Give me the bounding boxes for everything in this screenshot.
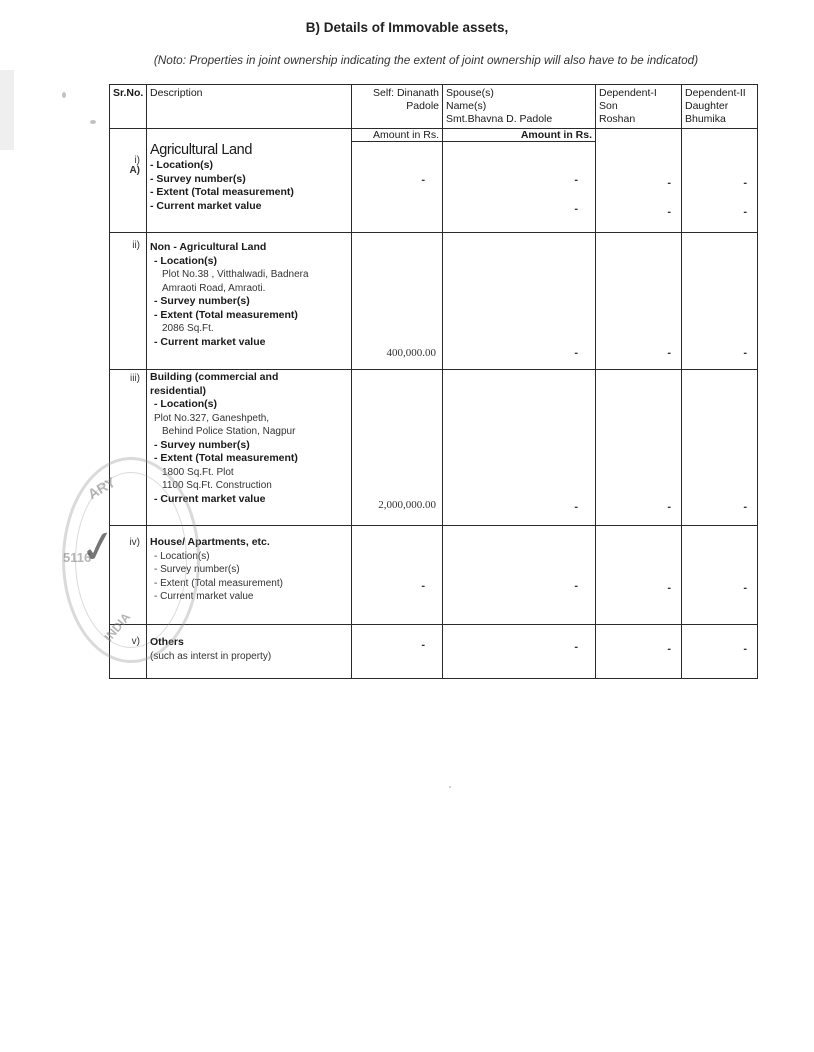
row-dependent-1-value: - xyxy=(596,370,682,526)
desc-line: - Extent (Total measurement) xyxy=(150,186,348,200)
value-dash: - xyxy=(667,643,671,655)
value-dash: - xyxy=(574,174,578,186)
row-self-value: - xyxy=(352,142,443,233)
row-dependent-1-value: - xyxy=(596,526,682,625)
desc-line: - Survey number(s) xyxy=(150,173,348,187)
row-description: House/ Apartments, etc. - Location(s) - … xyxy=(147,526,352,625)
desc-line: - Location(s) xyxy=(150,550,348,564)
value-dash: - xyxy=(421,174,425,186)
value-dash: - xyxy=(743,501,747,513)
row-spouse-value: - xyxy=(443,233,596,370)
header-dependent-1-line: Son xyxy=(599,100,678,113)
value-dash: - xyxy=(743,347,747,359)
scan-speck xyxy=(90,120,96,124)
header-self: Self: Dinanath Padole xyxy=(352,85,443,129)
desc-line: - Location(s) xyxy=(150,398,348,412)
value-amount: 2,000,000.00 xyxy=(378,499,436,511)
row-sr-label: i) xyxy=(113,143,140,166)
row-self-value: 400,000.00 xyxy=(352,233,443,370)
value-dash: - xyxy=(743,206,747,218)
row-description: Non - Agricultural Land - Location(s) Pl… xyxy=(147,233,352,370)
desc-line: - Location(s) xyxy=(150,159,348,173)
desc-line: - Current market value xyxy=(150,336,348,350)
header-spouse-line: Name(s) xyxy=(446,100,592,113)
header-dependent-1-line: Dependent-I xyxy=(599,87,678,100)
row-sr: iii) xyxy=(110,370,147,526)
value-dash: - xyxy=(667,206,671,218)
row-dependent-2-value: - - xyxy=(682,129,758,233)
row-self-value: 2,000,000.00 xyxy=(352,370,443,526)
desc-line: - Survey number(s) xyxy=(150,295,348,309)
header-self-line: Padole xyxy=(355,100,439,113)
value-dash: - xyxy=(667,177,671,189)
table-header-row: Sr.No. Description Self: Dinanath Padole… xyxy=(110,85,758,129)
row-dependent-1-value: - xyxy=(596,233,682,370)
table-row: i) A) Agricultural Land - Location(s) - … xyxy=(110,129,758,142)
value-dash: - xyxy=(574,347,578,359)
value-dash: - xyxy=(743,643,747,655)
desc-line: Behind Police Station, Nagpur xyxy=(150,425,348,439)
page-title: B) Details of Immovable assets, xyxy=(0,20,814,35)
row-heading: Building (commercial and residential) xyxy=(150,371,300,398)
row-heading: Non - Agricultural Land xyxy=(150,241,348,255)
value-dash: - xyxy=(421,580,425,592)
desc-line: - Survey number(s) xyxy=(150,439,348,453)
value-dash: - xyxy=(574,501,578,513)
value-dash: - xyxy=(667,501,671,513)
row-spouse-value: - xyxy=(443,370,596,526)
page-note: (Noto: Properties in joint ownership ind… xyxy=(0,53,814,67)
desc-line: - Extent (Total measurement) xyxy=(150,309,348,323)
header-dependent-1: Dependent-I Son Roshan xyxy=(596,85,682,129)
row-heading: House/ Apartments, etc. xyxy=(150,536,348,550)
row-description: Others (such as interst in property) xyxy=(147,625,352,679)
row-dependent-1-value: - xyxy=(596,625,682,679)
value-dash: - xyxy=(743,177,747,189)
header-description: Description xyxy=(147,85,352,129)
row-heading: Others xyxy=(150,636,348,650)
row-dependent-2-value: - xyxy=(682,625,758,679)
desc-line: Amraoti Road, Amraoti. xyxy=(150,282,348,296)
header-spouse-line: Spouse(s) xyxy=(446,87,592,100)
desc-line: 2086 Sq.Ft. xyxy=(150,322,348,336)
row-sub-sr-label: A) xyxy=(113,165,140,176)
table-row: iv) House/ Apartments, etc. - Location(s… xyxy=(110,526,758,625)
header-dependent-2-line: Bhumika xyxy=(685,113,754,126)
header-sr-no: Sr.No. xyxy=(110,85,147,129)
desc-line: Plot No.38 , Vitthalwadi, Badnera xyxy=(150,268,348,282)
table-row: v) Others (such as interst in property) … xyxy=(110,625,758,679)
desc-line: - Current market value xyxy=(150,200,348,220)
row-spouse-value: - xyxy=(443,625,596,679)
table-row: ii) Non - Agricultural Land - Location(s… xyxy=(110,233,758,370)
desc-line: (such as interst in property) xyxy=(150,650,348,664)
row-heading: Agricultural Land xyxy=(150,142,348,159)
header-self-line: Self: Dinanath xyxy=(355,87,439,100)
scan-smudge xyxy=(0,70,14,150)
row-description: Agricultural Land - Location(s) - Survey… xyxy=(147,129,352,233)
header-dependent-2-line: Daughter xyxy=(685,100,754,113)
header-dependent-2-line: Dependent-II xyxy=(685,87,754,100)
value-dash: - xyxy=(667,582,671,594)
row-self-value: - xyxy=(352,625,443,679)
value-dash: - xyxy=(667,347,671,359)
row-dependent-2-value: - xyxy=(682,526,758,625)
amount-label-spouse: Amount in Rs. xyxy=(443,129,596,142)
row-description: Building (commercial and residential) - … xyxy=(147,370,352,526)
header-spouse: Spouse(s) Name(s) Smt.Bhavna D. Padole xyxy=(443,85,596,129)
value-amount: 400,000.00 xyxy=(387,347,437,359)
value-dash: - xyxy=(743,582,747,594)
desc-line: - Survey number(s) xyxy=(150,563,348,577)
desc-line: - Current market value xyxy=(150,590,348,604)
scan-speck xyxy=(449,786,451,788)
desc-line: - Location(s) xyxy=(150,255,348,269)
desc-line: - Current market value xyxy=(150,493,348,507)
row-dependent-2-value: - xyxy=(682,370,758,526)
desc-line: 1800 Sq.Ft. Plot xyxy=(150,466,348,480)
desc-line: - Extent (Total measurement) xyxy=(150,452,348,466)
table-row: iii) Building (commercial and residentia… xyxy=(110,370,758,526)
header-dependent-1-line: Roshan xyxy=(599,113,678,126)
row-dependent-1-value: - - xyxy=(596,129,682,233)
row-sr: ii) xyxy=(110,233,147,370)
row-sr: i) A) xyxy=(110,129,147,233)
immovable-assets-table: Sr.No. Description Self: Dinanath Padole… xyxy=(109,84,758,679)
amount-label-self: Amount in Rs. xyxy=(352,129,443,142)
header-dependent-2: Dependent-II Daughter Bhumika xyxy=(682,85,758,129)
row-spouse-value: - xyxy=(443,526,596,625)
desc-line: 1100 Sq.Ft. Construction xyxy=(150,479,348,493)
desc-line: - Extent (Total measurement) xyxy=(150,577,348,591)
value-dash: - xyxy=(574,580,578,592)
value-dash: - xyxy=(574,203,578,215)
scan-speck xyxy=(62,92,66,98)
header-spouse-line: Smt.Bhavna D. Padole xyxy=(446,113,592,126)
value-dash: - xyxy=(574,641,578,653)
desc-line: Plot No.327, Ganeshpeth, xyxy=(150,412,348,426)
row-dependent-2-value: - xyxy=(682,233,758,370)
row-sr: v) xyxy=(110,625,147,679)
value-dash: - xyxy=(421,639,425,651)
row-spouse-value: - - xyxy=(443,142,596,233)
row-self-value: - xyxy=(352,526,443,625)
